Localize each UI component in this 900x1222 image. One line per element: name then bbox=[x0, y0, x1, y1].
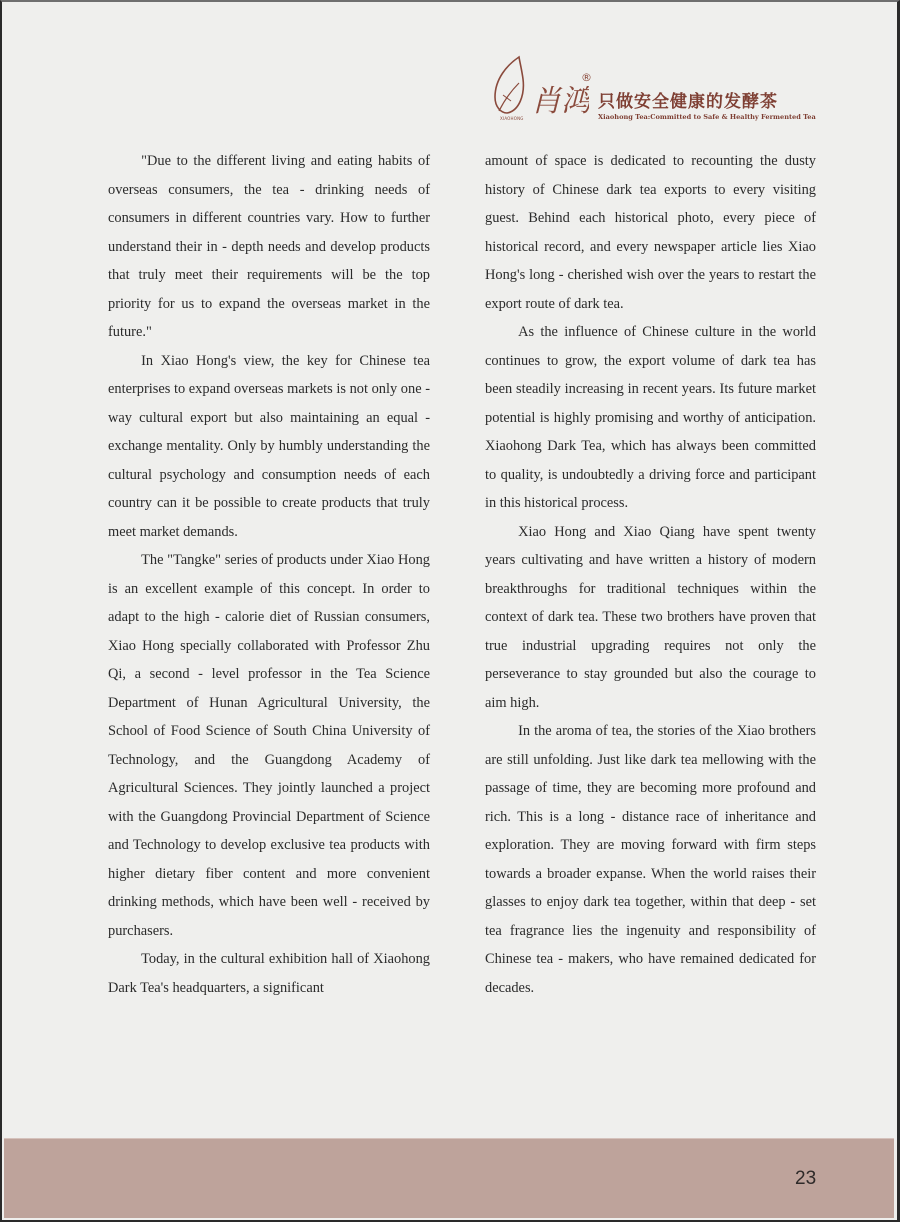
logo-subtext: XIAOHONG bbox=[500, 116, 524, 121]
paragraph: In Xiao Hong's view, the key for Chinese… bbox=[108, 347, 430, 547]
slogan-english: Xiaohong Tea:Committed to Safe & Healthy… bbox=[598, 113, 816, 121]
paragraph: In the aroma of tea, the stories of the … bbox=[485, 717, 816, 1002]
magazine-page: 肖鸿 ® XIAOHONG 只做安全健康的发酵茶 Xiaohong Tea:Co… bbox=[0, 0, 900, 1222]
svg-text:肖鸿: 肖鸿 bbox=[531, 84, 589, 119]
paragraph: The "Tangke" series of products under Xi… bbox=[108, 546, 430, 945]
paragraph: Xiao Hong and Xiao Qiang have spent twen… bbox=[485, 518, 816, 718]
paragraph-continued: amount of space is dedicated to recounti… bbox=[485, 147, 816, 318]
page-header: 肖鸿 ® XIAOHONG 只做安全健康的发酵茶 Xiaohong Tea:Co… bbox=[489, 55, 819, 125]
page-number: 23 bbox=[795, 1168, 816, 1190]
right-column: amount of space is dedicated to recounti… bbox=[485, 147, 816, 1002]
registered-mark: ® bbox=[581, 71, 592, 84]
paragraph: "Due to the different living and eating … bbox=[108, 147, 430, 347]
slogan-chinese: 只做安全健康的发酵茶 bbox=[598, 87, 778, 112]
left-column: "Due to the different living and eating … bbox=[108, 147, 430, 1002]
paragraph: Today, in the cultural exhibition hall o… bbox=[108, 945, 430, 1002]
paragraph: As the influence of Chinese culture in t… bbox=[485, 318, 816, 518]
footer-band bbox=[4, 1138, 894, 1218]
tea-leaf-logo-icon: 肖鸿 bbox=[489, 55, 589, 125]
